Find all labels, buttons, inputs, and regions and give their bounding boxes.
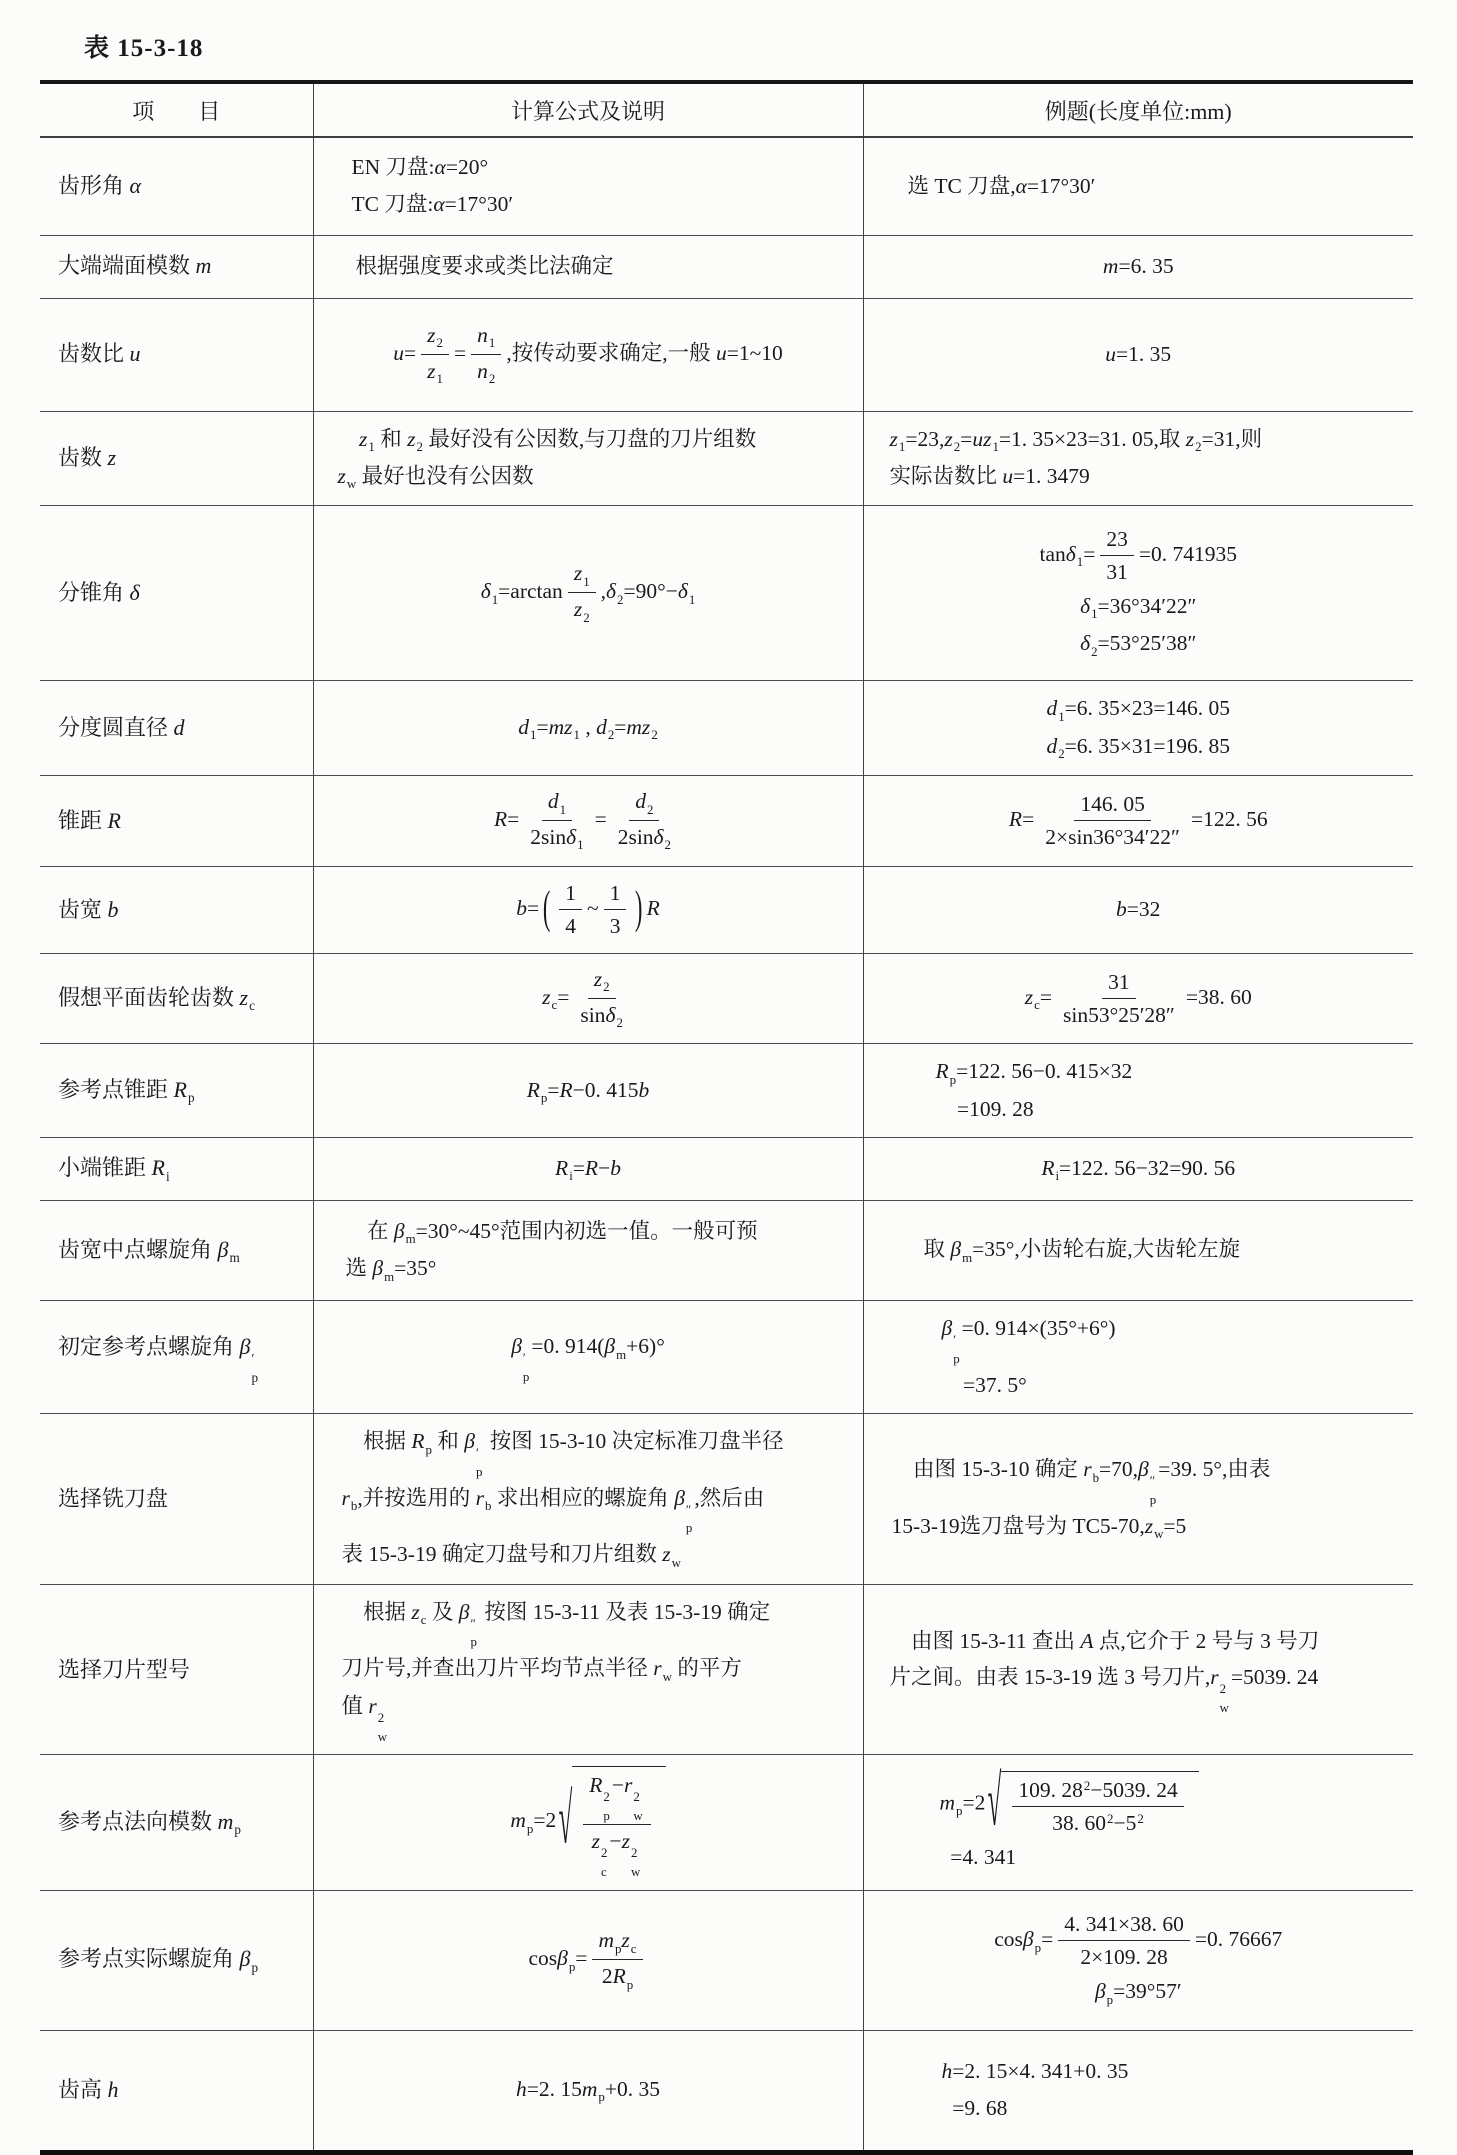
cell-line: Rp=R−0. 415b (326, 1074, 851, 1108)
cell-line: 锥距 R (58, 804, 301, 838)
table-body: 齿形角 αEN 刀盘:α=20°TC 刀盘:α=17°30′选 TC 刀盘,α=… (40, 137, 1413, 2152)
cell-line: TC 刀盘:α=17°30′ (352, 188, 851, 221)
table-row: 齿形角 αEN 刀盘:α=20°TC 刀盘:α=17°30′选 TC 刀盘,α=… (40, 137, 1413, 235)
cell-line: 选择铣刀盘 (58, 1482, 301, 1516)
cell-line: 齿数比 u (58, 337, 301, 371)
formula-cell: 根据 zc 及 β″p 按图 15-3-11 及表 15-3-19 确定刀片号,… (313, 1584, 863, 1755)
table-row: 分锥角 δδ1=arctanz1z2,δ2=90°−δ1tanδ1=2331=0… (40, 506, 1413, 681)
cell-line: =4. 341 (940, 1841, 1402, 1874)
cell-line: 参考点法向模数 mp (58, 1805, 301, 1841)
example-cell: 由图 15-3-11 查出 A 点,它介于 2 号与 3 号刀片之间。由表 15… (863, 1584, 1413, 1755)
table-row: 选择铣刀盘 根据 Rp 和 β′p 按图 15-3-10 决定标准刀盘半径rb,… (40, 1414, 1413, 1585)
cell-line: zc=31sin53°25′28″=38. 60 (876, 968, 1402, 1030)
example-cell: cosβp=4. 341×38. 602×109. 28=0. 76667βp=… (863, 1890, 1413, 2030)
cell-line: 齿宽 b (58, 893, 301, 927)
formula-cell: u=z2z1=n1n2,按传动要求确定,一般 u=1~10 (313, 298, 863, 411)
table-row: 参考点实际螺旋角 βpcosβp=mpzc2Rpcosβp=4. 341×38.… (40, 1890, 1413, 2030)
col-header-item: 项 目 (40, 82, 313, 137)
item-cell: 假想平面齿轮齿数 zc (40, 953, 313, 1044)
table-row: 初定参考点螺旋角 β′pβ′p=0. 914(βm+6)°β′p=0. 914×… (40, 1301, 1413, 1414)
cell-line: u=z2z1=n1n2,按传动要求确定,一般 u=1~10 (326, 321, 851, 389)
table-row: 参考点法向模数 mpmp=2√R2p−r2wz2c−z2wmp=2√109. 2… (40, 1755, 1413, 1890)
cell-line: Rp=122. 56−0. 415×32 (936, 1055, 1402, 1089)
item-cell: 参考点锥距 Rp (40, 1044, 313, 1138)
item-cell: 锥距 R (40, 776, 313, 867)
example-cell: Rp=122. 56−0. 415×32 =109. 28 (863, 1044, 1413, 1138)
table-row: 大端端面模数 m根据强度要求或类比法确定m=6. 35 (40, 235, 1413, 298)
item-cell: 分度圆直径 d (40, 681, 313, 776)
cell-line: 分锥角 δ (58, 576, 301, 610)
example-cell: u=1. 35 (863, 298, 1413, 411)
table-row: 齿宽中点螺旋角 βm 在 βm=30°~45°范围内初选一值。一般可预选 βm=… (40, 1201, 1413, 1301)
cell-line: u=1. 35 (876, 338, 1402, 371)
col-header-formula: 计算公式及说明 (313, 82, 863, 137)
cell-line: R=d12sinδ1=d22sinδ2 (326, 787, 851, 855)
cell-line: 实际齿数比 u=1. 3479 (890, 460, 1402, 493)
cell-line: =9. 68 (942, 2092, 1402, 2125)
formula-cell: Ri=R−b (313, 1138, 863, 1201)
cell-line: 分度圆直径 d (58, 711, 301, 745)
cell-line: =37. 5° (942, 1369, 1402, 1402)
cell-line: EN 刀盘:α=20° (352, 151, 851, 184)
example-cell: h=2. 15×4. 341+0. 35 =9. 68 (863, 2030, 1413, 2152)
cell-line: δ2=53°25′38″ (876, 627, 1402, 661)
col-header-example: 例题(长度单位:mm) (863, 82, 1413, 137)
cell-line: 大端端面模数 m (58, 249, 301, 283)
cell-line: 根据 Rp 和 β′p 按图 15-3-10 决定标准刀盘半径 (342, 1425, 851, 1479)
formula-cell: β′p=0. 914(βm+6)° (313, 1301, 863, 1414)
item-cell: 齿宽 b (40, 866, 313, 953)
item-cell: 小端锥距 Ri (40, 1138, 313, 1201)
table-row: 齿宽 bb=(14~13)Rb=32 (40, 866, 1413, 953)
cell-line: 齿数 z (58, 441, 301, 475)
item-cell: 齿数 z (40, 411, 313, 506)
example-cell: d1=6. 35×23=146. 05d2=6. 35×31=196. 85 (863, 681, 1413, 776)
formula-cell: 根据强度要求或类比法确定 (313, 235, 863, 298)
example-cell: 由图 15-3-10 确定 rb=70,β″p=39. 5°,由表15-3-19… (863, 1414, 1413, 1585)
item-cell: 分锥角 δ (40, 506, 313, 681)
formula-cell: zc=z2sinδ2 (313, 953, 863, 1044)
cell-line: cosβp=4. 341×38. 602×109. 28=0. 76667 (876, 1910, 1402, 1972)
header-row: 项 目 计算公式及说明 例题(长度单位:mm) (40, 82, 1413, 137)
cell-line: 刀片号,并查出刀片平均节点半径 rw 的平方 (342, 1652, 851, 1686)
cell-line: d1=6. 35×23=146. 05 (876, 692, 1402, 726)
item-cell: 参考点实际螺旋角 βp (40, 1890, 313, 2030)
cell-line: 表 15-3-19 确定刀盘号和刀片组数 zw (342, 1538, 851, 1572)
table-row: 齿数比 uu=z2z1=n1n2,按传动要求确定,一般 u=1~10u=1. 3… (40, 298, 1413, 411)
table-row: 假想平面齿轮齿数 zczc=z2sinδ2zc=31sin53°25′28″=3… (40, 953, 1413, 1044)
cell-line: m=6. 35 (876, 250, 1402, 283)
table-row: 参考点锥距 RpRp=R−0. 415bRp=122. 56−0. 415×32… (40, 1044, 1413, 1138)
cell-line: b=(14~13)R (326, 879, 851, 941)
cell-line: h=2. 15mp+0. 35 (326, 2073, 851, 2107)
gear-calculation-table: 项 目 计算公式及说明 例题(长度单位:mm) 齿形角 αEN 刀盘:α=20°… (40, 80, 1413, 2155)
cell-line: tanδ1=2331=0. 741935 (876, 525, 1402, 587)
example-cell: Ri=122. 56−32=90. 56 (863, 1138, 1413, 1201)
formula-cell: d1=mz1 , d2=mz2 (313, 681, 863, 776)
item-cell: 齿宽中点螺旋角 βm (40, 1201, 313, 1301)
cell-line: 由图 15-3-11 查出 A 点,它介于 2 号与 3 号刀 (890, 1625, 1402, 1658)
cell-line: h=2. 15×4. 341+0. 35 (942, 2055, 1402, 2088)
item-cell: 选择铣刀盘 (40, 1414, 313, 1585)
table-row: 小端锥距 RiRi=R−bRi=122. 56−32=90. 56 (40, 1138, 1413, 1201)
cell-line: b=32 (876, 893, 1402, 926)
cell-line: d1=mz1 , d2=mz2 (326, 711, 851, 745)
page: 表 15-3-18 项 目 计算公式及说明 例题(长度单位:mm) 齿形角 αE… (0, 0, 1457, 2155)
cell-line: β′p=0. 914×(35°+6°) (942, 1312, 1402, 1366)
cell-line: 选择刀片型号 (58, 1653, 301, 1687)
formula-cell: b=(14~13)R (313, 866, 863, 953)
cell-line: 值 r2w (342, 1690, 851, 1744)
item-cell: 大端端面模数 m (40, 235, 313, 298)
cell-line: 齿宽中点螺旋角 βm (58, 1233, 301, 1269)
cell-line: 取 βm=35°,小齿轮右旋,大齿轮左旋 (924, 1233, 1402, 1267)
cell-line: R=146. 052×sin36°34′22″=122. 56 (876, 790, 1402, 852)
example-cell: 选 TC 刀盘,α=17°30′ (863, 137, 1413, 235)
cell-line: 选 TC 刀盘,α=17°30′ (908, 170, 1402, 203)
cell-line: mp=2√R2p−r2wz2c−z2w (326, 1766, 851, 1878)
example-cell: mp=2√109. 282−5039. 2438. 602−52 =4. 341 (863, 1755, 1413, 1890)
cell-line: δ1=36°34′22″ (876, 590, 1402, 624)
table-caption: 表 15-3-18 (84, 28, 1457, 64)
cell-line: 片之间。由表 15-3-19 选 3 号刀片,r2w=5039. 24 (890, 1661, 1402, 1715)
cell-line: 由图 15-3-10 确定 rb=70,β″p=39. 5°,由表 (892, 1453, 1402, 1507)
formula-cell: R=d12sinδ1=d22sinδ2 (313, 776, 863, 867)
example-cell: z1=23,z2=uz1=1. 35×23=31. 05,取 z2=31,则实际… (863, 411, 1413, 506)
cell-line: 选 βm=35° (346, 1252, 851, 1286)
table-row: 齿高 hh=2. 15mp+0. 35h=2. 15×4. 341+0. 35 … (40, 2030, 1413, 2152)
cell-line: mp=2√109. 282−5039. 2438. 602−52 (940, 1771, 1402, 1838)
table-row: 齿数 z z1 和 z2 最好没有公因数,与刀盘的刀片组数zw 最好也没有公因数… (40, 411, 1413, 506)
cell-line: Ri=122. 56−32=90. 56 (876, 1152, 1402, 1186)
cell-line: 在 βm=30°~45°范围内初选一值。一般可预 (346, 1215, 851, 1249)
formula-cell: 在 βm=30°~45°范围内初选一值。一般可预选 βm=35° (313, 1201, 863, 1301)
cell-line: 参考点实际螺旋角 βp (58, 1942, 301, 1978)
example-cell: 取 βm=35°,小齿轮右旋,大齿轮左旋 (863, 1201, 1413, 1301)
cell-line: 参考点锥距 Rp (58, 1073, 301, 1109)
example-cell: β′p=0. 914×(35°+6°) =37. 5° (863, 1301, 1413, 1414)
cell-line: 齿形角 α (58, 169, 301, 203)
cell-line: cosβp=mpzc2Rp (326, 1926, 851, 1994)
example-cell: tanδ1=2331=0. 741935δ1=36°34′22″δ2=53°25… (863, 506, 1413, 681)
table-row: 分度圆直径 dd1=mz1 , d2=mz2d1=6. 35×23=146. 0… (40, 681, 1413, 776)
cell-line: 假想平面齿轮齿数 zc (58, 981, 301, 1017)
example-cell: zc=31sin53°25′28″=38. 60 (863, 953, 1413, 1044)
item-cell: 齿高 h (40, 2030, 313, 2152)
formula-cell: 根据 Rp 和 β′p 按图 15-3-10 决定标准刀盘半径rb,并按选用的 … (313, 1414, 863, 1585)
cell-line: d2=6. 35×31=196. 85 (876, 730, 1402, 764)
table-row: 锥距 RR=d12sinδ1=d22sinδ2R=146. 052×sin36°… (40, 776, 1413, 867)
cell-line: β′p=0. 914(βm+6)° (326, 1330, 851, 1384)
cell-line: 根据强度要求或类比法确定 (356, 250, 851, 283)
cell-line: zw 最好也没有公因数 (338, 460, 851, 494)
item-cell: 齿形角 α (40, 137, 313, 235)
table-row: 选择刀片型号 根据 zc 及 β″p 按图 15-3-11 及表 15-3-19… (40, 1584, 1413, 1755)
cell-line: rb,并按选用的 rb 求出相应的螺旋角 β″p,然后由 (342, 1482, 851, 1536)
cell-line: z1 和 z2 最好没有公因数,与刀盘的刀片组数 (338, 423, 851, 457)
cell-line: z1=23,z2=uz1=1. 35×23=31. 05,取 z2=31,则 (890, 423, 1402, 457)
formula-cell: z1 和 z2 最好没有公因数,与刀盘的刀片组数zw 最好也没有公因数 (313, 411, 863, 506)
cell-line: Ri=R−b (326, 1152, 851, 1186)
item-cell: 齿数比 u (40, 298, 313, 411)
item-cell: 初定参考点螺旋角 β′p (40, 1301, 313, 1414)
formula-cell: δ1=arctanz1z2,δ2=90°−δ1 (313, 506, 863, 681)
cell-line: 根据 zc 及 β″p 按图 15-3-11 及表 15-3-19 确定 (342, 1596, 851, 1650)
formula-cell: EN 刀盘:α=20°TC 刀盘:α=17°30′ (313, 137, 863, 235)
formula-cell: h=2. 15mp+0. 35 (313, 2030, 863, 2152)
example-cell: R=146. 052×sin36°34′22″=122. 56 (863, 776, 1413, 867)
cell-line: 小端锥距 Ri (58, 1151, 301, 1187)
cell-line: 15-3-19选刀盘号为 TC5-70,zw=5 (892, 1510, 1402, 1544)
item-cell: 参考点法向模数 mp (40, 1755, 313, 1890)
cell-line: =109. 28 (936, 1093, 1402, 1126)
item-cell: 选择刀片型号 (40, 1584, 313, 1755)
example-cell: m=6. 35 (863, 235, 1413, 298)
formula-cell: mp=2√R2p−r2wz2c−z2w (313, 1755, 863, 1890)
example-cell: b=32 (863, 866, 1413, 953)
cell-line: δ1=arctanz1z2,δ2=90°−δ1 (326, 559, 851, 627)
cell-line: 齿高 h (58, 2073, 301, 2107)
cell-line: 初定参考点螺旋角 β′p (58, 1330, 301, 1385)
cell-line: βp=39°57′ (876, 1975, 1402, 2009)
formula-cell: Rp=R−0. 415b (313, 1044, 863, 1138)
cell-line: zc=z2sinδ2 (326, 965, 851, 1033)
formula-cell: cosβp=mpzc2Rp (313, 1890, 863, 2030)
